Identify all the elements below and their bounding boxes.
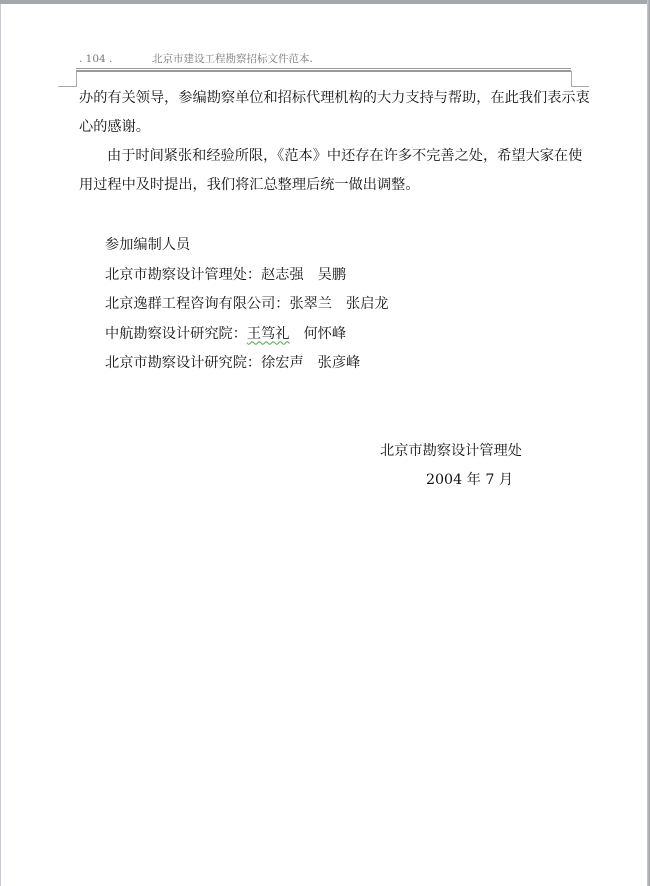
paragraph-acknowledgement: 办的有关领导，参编勘察单位和招标代理机构的大力支持与帮助，在此我们表示衷心的感谢… (79, 84, 594, 142)
header-page-number: . 104 . (79, 53, 152, 65)
paragraph-limitations: 由于时间紧张和经验所限，《范本》中还存在许多不完善之处，希望大家在使用过程中及时… (79, 142, 594, 200)
signature-block: 北京市勘察设计管理处 2004 年 7 月 (380, 437, 522, 495)
credit-name: 何怀峰 (303, 326, 346, 342)
header-book-title: 北京市建设工程勘察招标文件范本. (152, 53, 313, 65)
credit-org: 中航勘察设计研究院： (105, 326, 247, 342)
body-text[interactable]: 办的有关领导，参编勘察单位和招标代理机构的大力支持与帮助，在此我们表示衷心的感谢… (79, 84, 594, 200)
credits-heading: 参加编制人员 (105, 231, 389, 261)
credit-name: 吴鹏 (318, 267, 346, 283)
credit-org: 北京逸群工程咨询有限公司： (105, 296, 289, 312)
credits-section: 参加编制人员 北京市勘察设计管理处：赵志强吴鹏 北京逸群工程咨询有限公司：张翠兰… (105, 231, 389, 379)
running-header: . 104 .北京市建设工程勘察招标文件范本. (79, 51, 313, 66)
credit-name: 张启龙 (346, 296, 389, 312)
signature-organization: 北京市勘察设计管理处 (380, 437, 522, 466)
signature-date: 2004 年 7 月 (380, 466, 522, 495)
credit-name: 张彦峰 (318, 355, 361, 371)
header-double-rule (76, 68, 571, 72)
credit-entry: 北京市勘察设计研究院：徐宏声张彦峰 (105, 349, 389, 379)
credit-name: 赵志强 (261, 267, 304, 283)
credit-entry: 中航勘察设计研究院：王笃礼何怀峰 (105, 320, 389, 350)
credit-org: 北京市勘察设计管理处： (105, 267, 261, 283)
credit-org: 北京市勘察设计研究院： (105, 355, 261, 371)
credit-name: 徐宏声 (261, 355, 304, 371)
margin-corner-mark-left-horizontal (58, 86, 76, 87)
document-viewport: . 104 .北京市建设工程勘察招标文件范本. 办的有关领导，参编勘察单位和招标… (0, 0, 650, 886)
credit-entry: 北京市勘察设计管理处：赵志强吴鹏 (105, 261, 389, 291)
credit-name-spellcheck-flagged[interactable]: 王笃礼 (247, 326, 290, 342)
margin-corner-mark-left (76, 71, 77, 87)
credit-entry: 北京逸群工程咨询有限公司：张翠兰张启龙 (105, 290, 389, 320)
credit-name: 张翠兰 (289, 296, 332, 312)
